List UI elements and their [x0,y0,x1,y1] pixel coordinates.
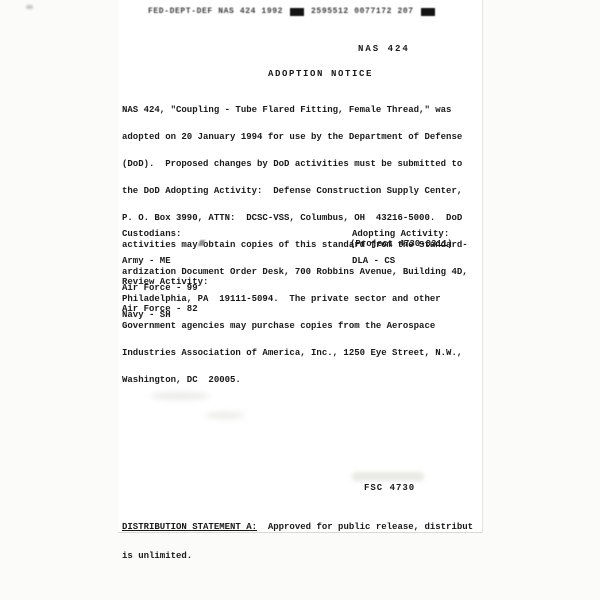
scan-artifact [26,5,33,9]
fsc-code: FSC 4730 [364,483,415,493]
review-activity-item: Air Force - 82 [122,305,208,314]
scan-smudge [205,412,245,419]
distribution-label: DISTRIBUTION STATEMENT A: [122,522,257,532]
distribution-statement: DISTRIBUTION STATEMENT A: Approved for p… [122,504,480,580]
page-title: ADOPTION NOTICE [268,69,373,79]
body-line: Washington, DC 20005. [122,376,468,385]
review-activity-block: Review Activity: Air Force - 82 [122,260,208,332]
scan-header-line: FED-DEPT-DEF NAS 424 1992 2595512 007717… [148,7,442,16]
body-line: NAS 424, "Coupling - Tube Flared Fitting… [122,106,468,115]
body-line: the DoD Adopting Activity: Defense Const… [122,187,468,196]
distribution-line-2: is unlimited. [122,552,480,562]
scan-header-code: 2595512 0077172 207 [311,7,414,16]
barcode-block-icon [290,8,304,16]
distribution-text: Approved for public release, distribut [257,522,473,532]
body-line: adopted on 20 January 1994 for use by th… [122,133,468,142]
custodians-heading: Custodians: [122,230,198,239]
adopting-activity-heading: Adopting Activity: [352,230,449,239]
distribution-line-1: DISTRIBUTION STATEMENT A: Approved for p… [122,523,480,533]
body-line: (DoD). Proposed changes by DoD activitie… [122,160,468,169]
body-line: Industries Association of America, Inc.,… [122,349,468,358]
document-number: NAS 424 [358,44,410,54]
project-number: (Project 4730-0311) [350,239,453,249]
adopting-activity-value: DLA - CS [352,257,449,266]
barcode-block-icon [421,8,435,16]
scan-smudge [150,392,210,400]
scan-header-left-text: FED-DEPT-DEF NAS 424 1992 [148,7,283,16]
review-activity-heading: Review Activity: [122,278,208,287]
scan-smudge [352,472,424,481]
scanned-document-screenshot: FED-DEPT-DEF NAS 424 1992 2595512 007717… [0,0,600,600]
